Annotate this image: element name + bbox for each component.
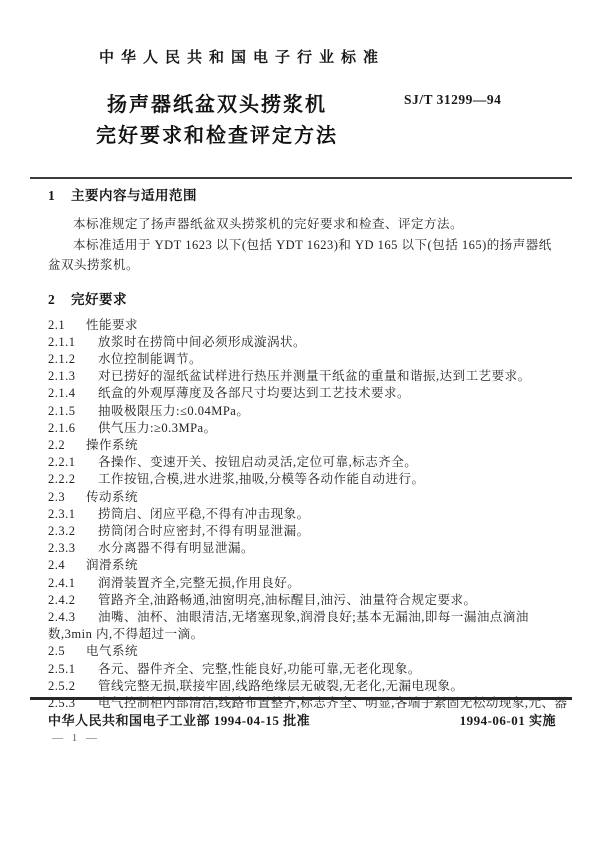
clause-number: 2.1 (48, 317, 72, 334)
clause-text: 油嘴、油杯、油眼清洁,无堵塞现象,润滑良好;基本无漏油,即每一漏油点滴油数,3m… (48, 610, 529, 641)
clause-2-1-1: 2.1.1放浆时在捞筒中间必须形成漩涡状。 (48, 334, 556, 351)
clause-number: 2.1.3 (48, 368, 84, 385)
footer-approval: 中华人民共和国电子工业部 1994-04-15 批准 (48, 710, 310, 729)
footer-implementation: 1994-06-01 实施 (460, 710, 556, 729)
clause-text: 捞筒启、闭应平稳,不得有冲击现象。 (98, 507, 310, 521)
standard-header-label: 中华人民共和国电子行业标准 (99, 46, 385, 67)
clause-number: 2.1.6 (48, 420, 84, 437)
clause-2-5: 2.5电气系统 (48, 643, 556, 660)
clause-number: 2.5.1 (48, 661, 84, 678)
clause-number: 2.3 (48, 489, 72, 506)
page-number: — 1 — (52, 732, 100, 744)
clause-text: 放浆时在捞筒中间必须形成漩涡状。 (98, 335, 306, 349)
clause-text: 润滑装置齐全,完整无损,作用良好。 (98, 576, 300, 590)
clause-number: 2.5 (48, 643, 72, 660)
clause-number: 2.1.5 (48, 403, 84, 420)
clause-2-3-2: 2.3.2捞筒闭合时应密封,不得有明显泄漏。 (48, 523, 556, 540)
section-2-title: 完好要求 (71, 292, 127, 307)
clause-text: 管线完整无损,联接牢固,线路绝缘层无破裂,无老化,无漏电现象。 (98, 679, 464, 693)
title-line-2: 完好要求和检查评定方法 (40, 121, 394, 152)
clause-text: 传动系统 (86, 490, 138, 504)
clause-number: 2.4 (48, 557, 72, 574)
clause-number: 2.2 (48, 437, 72, 454)
clause-number: 2.1.2 (48, 351, 84, 368)
clause-number: 2.5.2 (48, 678, 84, 695)
clause-text: 各操作、变速开关、按钮启动灵活,定位可靠,标志齐全。 (98, 455, 417, 469)
section-1-paragraph-1: 本标准规定了扬声器纸盆双头捞浆机的完好要求和检查、评定方法。 (48, 214, 556, 235)
clause-list: 2.1性能要求 2.1.1放浆时在捞筒中间必须形成漩涡状。 2.1.2水位控制能… (48, 317, 556, 713)
clause-2-1-3: 2.1.3对已捞好的湿纸盆试样进行热压并测量干纸盆的重量和谐振,达到工艺要求。 (48, 368, 556, 385)
section-2-number: 2 (48, 292, 58, 308)
clause-text: 纸盒的外观厚薄度及各部尺寸均要达到工艺技术要求。 (98, 386, 410, 400)
clause-text: 电气系统 (86, 644, 138, 658)
clause-text: 润滑系统 (86, 558, 138, 572)
clause-text: 抽吸极限压力:≤0.04MPa。 (98, 404, 249, 418)
section-1-paragraph-2: 本标准适用于 YDT 1623 以下(包括 YDT 1623)和 YD 165 … (48, 235, 556, 276)
clause-2-5-2: 2.5.2管线完整无损,联接牢固,线路绝缘层无破裂,无老化,无漏电现象。 (48, 678, 556, 695)
clause-text: 水位控制能调节。 (98, 352, 202, 366)
clause-number: 2.4.1 (48, 575, 84, 592)
document-page: 中华人民共和国电子行业标准 SJ/T 31299—94 扬声器纸盆双头捞浆机 完… (0, 0, 600, 849)
clause-number: 2.4.2 (48, 592, 84, 609)
clause-text: 水分离器不得有明显泄漏。 (98, 541, 254, 555)
clause-2-4-1: 2.4.1润滑装置齐全,完整无损,作用良好。 (48, 575, 556, 592)
clause-2-2: 2.2操作系统 (48, 437, 556, 454)
clause-number: 2.3.2 (48, 523, 84, 540)
clause-number: 2.1.1 (48, 334, 84, 351)
clause-2-1-4: 2.1.4纸盒的外观厚薄度及各部尺寸均要达到工艺技术要求。 (48, 385, 556, 402)
clause-2-5-1: 2.5.1各元、器件齐全、完整,性能良好,功能可靠,无老化现象。 (48, 661, 556, 678)
clause-number: 2.3.1 (48, 506, 84, 523)
clause-text: 管路齐全,油路畅通,油窗明亮,油标醒目,油污、油量符合规定要求。 (98, 593, 477, 607)
clause-2-3-3: 2.3.3水分离器不得有明显泄漏。 (48, 540, 556, 557)
section-2-heading: 2完好要求 (48, 292, 556, 308)
clause-2-3: 2.3传动系统 (48, 489, 556, 506)
clause-text: 捞筒闭合时应密封,不得有明显泄漏。 (98, 524, 310, 538)
clause-number: 2.4.3 (48, 609, 84, 626)
header-divider (30, 177, 572, 179)
clause-text: 操作系统 (86, 438, 138, 452)
clause-2-2-1: 2.2.1各操作、变速开关、按钮启动灵活,定位可靠,标志齐全。 (48, 454, 556, 471)
clause-text: 供气压力:≥0.3MPa。 (98, 421, 217, 435)
clause-number: 2.2.2 (48, 471, 84, 488)
clause-2-1-2: 2.1.2水位控制能调节。 (48, 351, 556, 368)
clause-2-1-6: 2.1.6供气压力:≥0.3MPa。 (48, 420, 556, 437)
clause-text: 性能要求 (86, 318, 138, 332)
clause-2-3-1: 2.3.1捞筒启、闭应平稳,不得有冲击现象。 (48, 506, 556, 523)
clause-number: 2.2.1 (48, 454, 84, 471)
clause-2-1: 2.1性能要求 (48, 317, 556, 334)
clause-number: 2.1.4 (48, 385, 84, 402)
document-title: 扬声器纸盆双头捞浆机 完好要求和检查评定方法 (40, 90, 394, 152)
footer: 中华人民共和国电子工业部 1994-04-15 批准 1994-06-01 实施 (48, 710, 556, 729)
clause-2-2-2: 2.2.2工作按钮,合模,进水进浆,抽吸,分模等各动作能自动进行。 (48, 471, 556, 488)
standard-number: SJ/T 31299—94 (404, 92, 501, 108)
section-1-number: 1 (48, 188, 58, 204)
document-body: 1主要内容与适用范围 本标准规定了扬声器纸盆双头捞浆机的完好要求和检查、评定方法… (48, 188, 556, 712)
section-1-heading: 1主要内容与适用范围 (48, 188, 556, 204)
clause-text: 工作按钮,合模,进水进浆,抽吸,分模等各动作能自动进行。 (98, 472, 425, 486)
footer-divider (30, 697, 572, 700)
clause-2-4-2: 2.4.2管路齐全,油路畅通,油窗明亮,油标醒目,油污、油量符合规定要求。 (48, 592, 556, 609)
clause-text: 对已捞好的湿纸盆试样进行热压并测量干纸盆的重量和谐振,达到工艺要求。 (98, 369, 531, 383)
clause-number: 2.3.3 (48, 540, 84, 557)
title-line-1: 扬声器纸盆双头捞浆机 (40, 90, 394, 121)
section-1-title: 主要内容与适用范围 (71, 188, 197, 203)
clause-text: 各元、器件齐全、完整,性能良好,功能可靠,无老化现象。 (98, 662, 421, 676)
clause-2-4: 2.4润滑系统 (48, 557, 556, 574)
clause-2-1-5: 2.1.5抽吸极限压力:≤0.04MPa。 (48, 403, 556, 420)
clause-2-4-3: 2.4.3油嘴、油杯、油眼清洁,无堵塞现象,润滑良好;基本无漏油,即每一漏油点滴… (48, 609, 556, 643)
